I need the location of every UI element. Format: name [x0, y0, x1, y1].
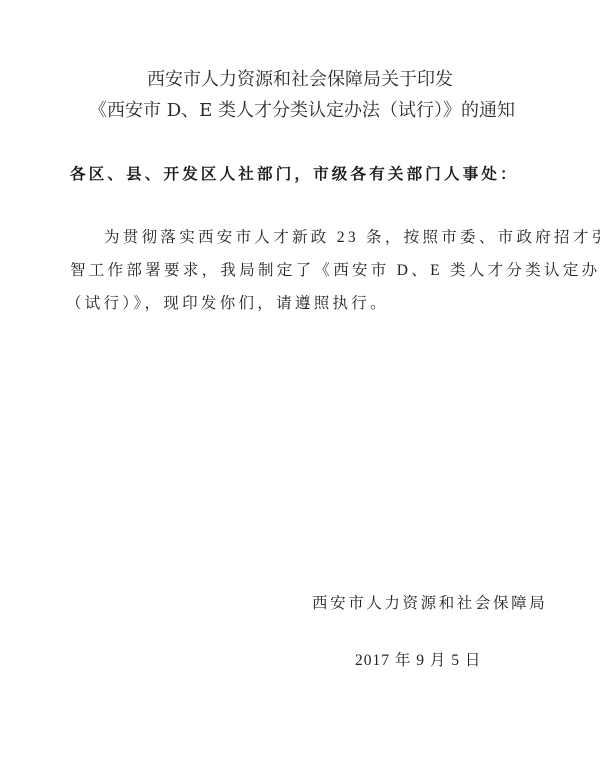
- issuer-signature: 西安市人力资源和社会保障局: [312, 594, 547, 614]
- body-line: 智工作部署要求，我局制定了《西安市 D、E 类人才分类认定办法: [70, 261, 600, 281]
- body-line: 为贯彻落实西安市人才新政 23 条，按照市委、市政府招才引: [104, 228, 600, 248]
- issue-date: 2017 年 9 月 5 日: [355, 651, 481, 671]
- document-title-line-2: 《西安市 D、E 类人才分类认定办法（试行）》的通知: [2, 100, 600, 122]
- body-line: （试行）》，现印发你们，请遵照执行。: [66, 294, 389, 314]
- document-page: 西安市人力资源和社会保障局关于印发 《西安市 D、E 类人才分类认定办法（试行）…: [0, 0, 600, 772]
- document-title-line-1: 西安市人力资源和社会保障局关于印发: [0, 69, 600, 91]
- salutation: 各区、县、开发区人社部门，市级各有关部门人事处：: [70, 165, 519, 185]
